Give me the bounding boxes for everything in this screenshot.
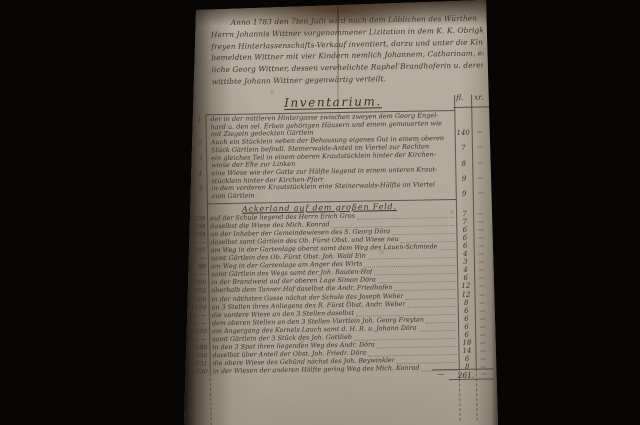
row-number: 4. — [184, 170, 204, 178]
row-value-florin: 7 — [456, 218, 473, 226]
row-number: 3. — [184, 155, 204, 163]
row-value-florin: 8 — [458, 298, 475, 306]
inventory-entry: 5.in dem vorderen Krautstücklein eine St… — [212, 181, 455, 201]
table-border-left-continuation — [210, 373, 212, 425]
row-value-florin: 7 — [455, 144, 472, 152]
preamble-text: Anno 1783 den 7ten Julii wird nach dem L… — [211, 12, 484, 88]
row-value-florin: 4 — [457, 266, 474, 274]
row-value-florin: 12 — [457, 290, 474, 298]
row-value-florin: 6 — [458, 330, 475, 338]
inventory-section-house: 1.der in der mittleren Hintergasse zwisc… — [210, 112, 454, 201]
row-value-kreuzer: — — [473, 143, 487, 150]
row-value-florin: 18 — [458, 338, 475, 346]
row-value-florin: 3 — [457, 258, 474, 266]
row-value-florin: 6 — [459, 355, 476, 363]
row-value-florin: 4 — [457, 250, 474, 258]
row-number: 2. — [184, 140, 204, 148]
row-value-florin: 9 — [456, 190, 473, 198]
row-value-kreuzer: — — [473, 159, 487, 166]
row-value-florin: 6 — [458, 314, 475, 322]
row-value-florin: 6 — [456, 226, 473, 234]
row-value-florin: 12 — [457, 282, 474, 290]
total-value-kreuzer: — — [477, 370, 491, 377]
row-value-florin: 8 — [455, 160, 472, 168]
row-value-florin: 6 — [456, 234, 473, 242]
row-value-kreuzer: — — [473, 174, 487, 181]
row-number: 5. — [185, 186, 205, 194]
total-value-florin: 261. — [455, 370, 477, 379]
handwritten-content: Anno 1783 den 7ten Julii wird nach dem L… — [0, 0, 640, 425]
column-header-kreuzer: xr. — [474, 92, 484, 101]
row-value-florin: 6 — [458, 306, 475, 314]
row-number: 1530 — [187, 368, 213, 375]
row-value-florin: 7 — [456, 210, 473, 218]
inventory-section-ackerland: 1208auf der Schule liegend des Herrn Eri… — [0, 0, 636, 6]
row-value-florin: 14 — [458, 347, 475, 355]
row-value-kreuzer: — — [474, 189, 488, 196]
row-value-florin: 6 — [457, 242, 474, 250]
row-value-florin: 9 — [455, 175, 472, 183]
row-value-kreuzer: — — [473, 128, 487, 135]
section-house-values: 140—7—8—9—9— — [0, 0, 636, 6]
document-page: Anno 1783 den 7ten Julii wird nach dem L… — [0, 0, 640, 425]
column-header-florin: fl. — [456, 93, 464, 102]
row-number: 1. — [183, 116, 203, 124]
inventory-heading: Inventarium. — [284, 94, 382, 110]
photo-background: Anno 1783 den 7ten Julii wird nach dem L… — [0, 0, 640, 425]
row-value-florin: 6 — [457, 274, 474, 282]
row-value-florin: 140 — [455, 129, 472, 137]
row-value-florin: 6 — [458, 322, 475, 330]
total-left-dash: — — [431, 370, 451, 378]
